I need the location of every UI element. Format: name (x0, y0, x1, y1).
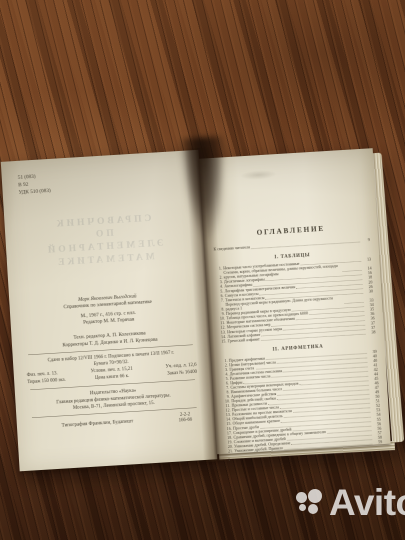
book-order-codes: 2-2-2 166-66 (167, 411, 203, 425)
toc-intro-title: К сведению читателя (213, 245, 250, 252)
avito-watermark: Avito (296, 484, 405, 521)
toc-entry-page: 38 (366, 330, 375, 335)
tech-staff-block: Техн. редактор А. П. Колесникова Коррект… (22, 327, 199, 352)
avito-wordmark: Avito (329, 484, 405, 521)
avito-circle-icon (308, 504, 318, 514)
toc-entry-title: Греческий алфавит (228, 337, 260, 344)
toc-intro-page: 9 (361, 238, 370, 243)
bleed-through-title: СПРАВОЧНИК ПО ЭЛЕМЕНТАРНОЙ МАТЕМАТИКЕ (14, 209, 193, 271)
toc-entry-page: 59 (373, 440, 382, 445)
printing-house: Типография Франклин, Будапешт (27, 416, 168, 430)
printery-row: Типография Франклин, Будапешт 2-2-2 166-… (27, 411, 203, 433)
avito-logo-icon (296, 489, 324, 517)
dot-leader (251, 242, 360, 249)
ink-smudge (240, 169, 276, 180)
imprint-main-block: Марк Яковлевич Выгодский Справочник по э… (19, 289, 196, 329)
photo-scene: 51 (083) В 92 УДК 510 (083) СПРАВОЧНИК П… (0, 0, 405, 540)
avito-circle-icon (299, 504, 306, 511)
classification-block: 51 (083) В 92 УДК 510 (083) (18, 164, 189, 197)
avito-circle-icon (296, 492, 307, 503)
toc-entry-page: 30 (364, 289, 373, 294)
book-spine-top-shadow (180, 136, 230, 242)
toc-sections: I. ТАБЛИЦЫ1.Некоторые часто употребляемы… (214, 249, 382, 454)
avito-circle-icon (308, 489, 322, 503)
toc-title: ОГЛАВЛЕНИЕ (212, 222, 369, 240)
open-book: 51 (083) В 92 УДК 510 (083) СПРАВОЧНИК П… (0, 134, 405, 481)
toc-entry-page: 13 (362, 257, 371, 262)
